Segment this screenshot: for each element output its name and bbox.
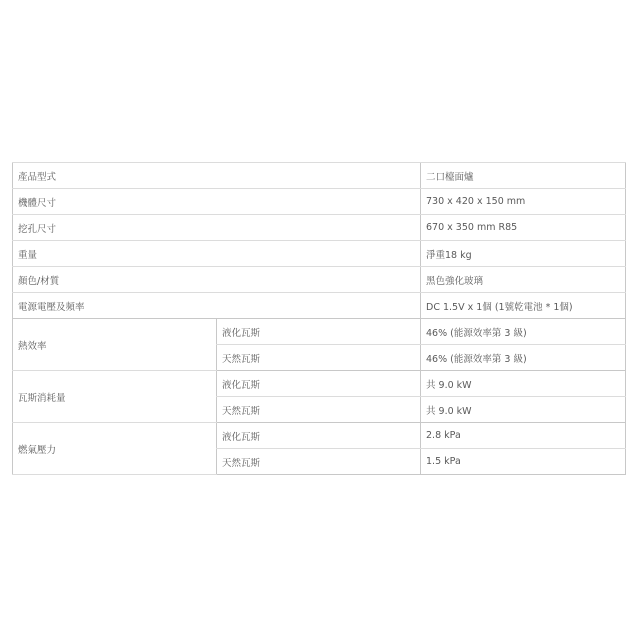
row-value: 46% (能源效率第 3 級): [421, 319, 626, 345]
group-label-gas-consumption: 瓦斯消耗量: [13, 371, 217, 423]
gas-type-label: 天然瓦斯: [217, 345, 421, 371]
gas-type-label: 液化瓦斯: [217, 371, 421, 397]
table-row: 挖孔尺寸 670 x 350 mm R85: [13, 215, 626, 241]
row-label: 機體尺寸: [13, 189, 421, 215]
row-value: DC 1.5V x 1個 (1號乾電池 * 1個): [421, 293, 626, 319]
row-label: 產品型式: [13, 163, 421, 189]
row-value: 46% (能源效率第 3 級): [421, 345, 626, 371]
row-label: 挖孔尺寸: [13, 215, 421, 241]
group-label-thermal-efficiency: 熱效率: [13, 319, 217, 371]
row-label: 電源電壓及頻率: [13, 293, 421, 319]
gas-type-label: 液化瓦斯: [217, 319, 421, 345]
row-value: 2.8 kPa: [421, 423, 626, 449]
table-row: 產品型式 二口檯面爐: [13, 163, 626, 189]
table-row: 熱效率 液化瓦斯 46% (能源效率第 3 級): [13, 319, 626, 345]
gas-type-label: 天然瓦斯: [217, 397, 421, 423]
table-row: 電源電壓及頻率 DC 1.5V x 1個 (1號乾電池 * 1個): [13, 293, 626, 319]
row-label: 顏色/材質: [13, 267, 421, 293]
row-value: 共 9.0 kW: [421, 397, 626, 423]
gas-type-label: 液化瓦斯: [217, 423, 421, 449]
gas-type-label: 天然瓦斯: [217, 449, 421, 475]
row-value: 1.5 kPa: [421, 449, 626, 475]
table-row: 瓦斯消耗量 液化瓦斯 共 9.0 kW: [13, 371, 626, 397]
group-label-gas-pressure: 燃氣壓力: [13, 423, 217, 475]
row-value: 淨重18 kg: [421, 241, 626, 267]
spec-table: 產品型式 二口檯面爐 機體尺寸 730 x 420 x 150 mm 挖孔尺寸 …: [12, 162, 626, 475]
row-value: 730 x 420 x 150 mm: [421, 189, 626, 215]
row-value: 黑色強化玻璃: [421, 267, 626, 293]
row-value: 二口檯面爐: [421, 163, 626, 189]
row-value: 670 x 350 mm R85: [421, 215, 626, 241]
table-row: 重量 淨重18 kg: [13, 241, 626, 267]
table-row: 機體尺寸 730 x 420 x 150 mm: [13, 189, 626, 215]
row-label: 重量: [13, 241, 421, 267]
table-row: 顏色/材質 黑色強化玻璃: [13, 267, 626, 293]
row-value: 共 9.0 kW: [421, 371, 626, 397]
table-row: 燃氣壓力 液化瓦斯 2.8 kPa: [13, 423, 626, 449]
